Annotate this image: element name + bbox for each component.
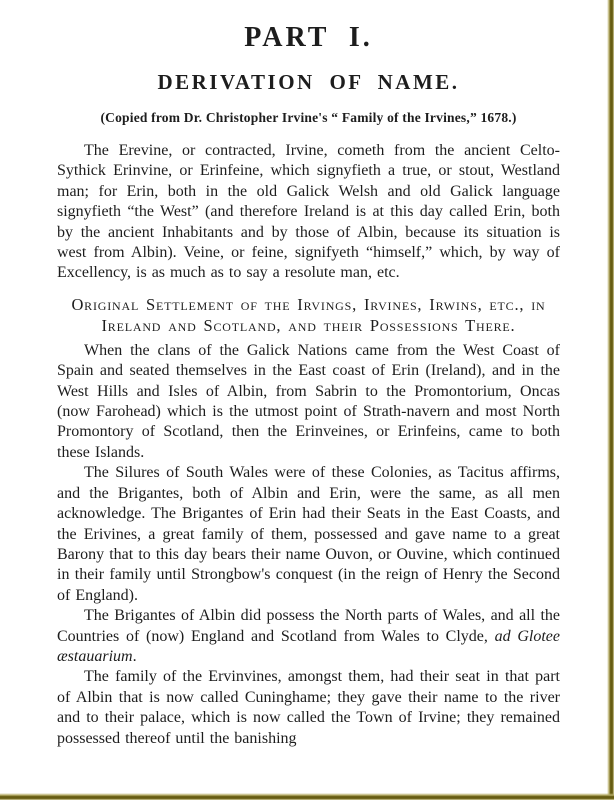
section-heading: Original Settlement of the Irvings, Irvi… xyxy=(57,294,560,336)
paragraph-text: The Silures of South Wales were of these… xyxy=(57,464,560,603)
paragraph: When the clans of the Galick Nations cam… xyxy=(57,341,560,463)
source-note: (Copied from Dr. Christopher Irvine's “ … xyxy=(57,110,560,126)
paragraph: The Silures of South Wales were of these… xyxy=(57,463,560,606)
paragraph-text: When the clans of the Galick Nations cam… xyxy=(57,342,560,461)
scan-frame-right-edge xyxy=(607,0,614,800)
paragraph-text: The Erevine, or contracted, Irvine, come… xyxy=(57,142,560,281)
part-title: PART I. xyxy=(57,22,560,54)
scanned-book-page: PART I. DERIVATION OF NAME. (Copied from… xyxy=(0,0,614,800)
paragraph: The Brigantes of Albin did possess the N… xyxy=(57,606,560,667)
scan-frame-bottom-edge xyxy=(0,793,614,800)
chapter-title: DERIVATION OF NAME. xyxy=(57,70,560,95)
paragraph: The family of the Ervinvines, amongst th… xyxy=(57,667,560,749)
page-content-flow: The Erevine, or contracted, Irvine, come… xyxy=(57,141,560,749)
paragraph-text: The family of the Ervinvines, amongst th… xyxy=(57,668,560,746)
page-content: PART I. DERIVATION OF NAME. (Copied from… xyxy=(57,16,560,749)
paragraph: The Erevine, or contracted, Irvine, come… xyxy=(57,141,560,284)
paragraph-text: The Brigantes of Albin did possess the N… xyxy=(57,607,560,644)
paragraph-text: . xyxy=(133,648,137,665)
